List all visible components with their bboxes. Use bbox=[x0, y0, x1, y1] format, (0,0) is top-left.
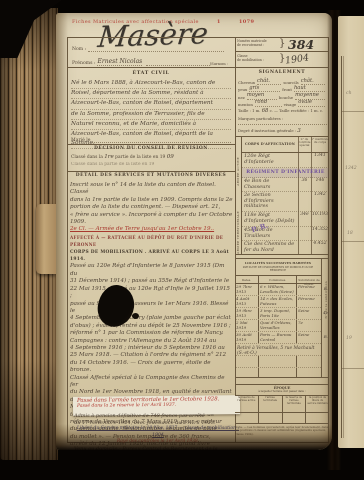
epoque-col-header: la position de libéré du service militai… bbox=[306, 396, 329, 412]
sig-label: visage bbox=[284, 102, 297, 107]
etat-civil-line: Roisel, département de la Somme, résidan… bbox=[71, 89, 231, 99]
epoque-subtitle: à laquelle l'homme doit passer dans : bbox=[235, 390, 329, 393]
localites-row-empty bbox=[235, 368, 321, 378]
localites-span-note: Retiré à Versailles, 5 rue Machault (S.-… bbox=[235, 344, 321, 356]
corps-unit: 118e Régt d'Infanterie (Dépôt) bbox=[242, 212, 298, 226]
page-tab bbox=[36, 204, 56, 274]
loc-commune: 6 r. Wilhem, Levallois (Seine) bbox=[259, 284, 297, 295]
section-rule bbox=[67, 171, 235, 172]
sig-value: rond bbox=[255, 100, 282, 106]
epoque-cell bbox=[306, 413, 329, 424]
epoque-header: ÉPOQUE à laquelle l'homme doit passer da… bbox=[235, 386, 329, 396]
corps-unit: 120e Régt d'Infanterie bbox=[242, 153, 298, 167]
sig-label: front bbox=[282, 87, 292, 92]
corps-rows: 120e Régt d'Infanterie 1341 RÉGIMENT D'I… bbox=[242, 153, 329, 255]
corps-num1: 34e bbox=[298, 212, 311, 226]
etat-civil-title: ÉTAT CIVIL bbox=[67, 70, 235, 76]
localites-header: LOCALITÉS SUCCESSIVES HABITÉES PAR SUITE… bbox=[235, 259, 321, 276]
marie-field: Marié le bbox=[71, 137, 231, 143]
epoque-col-header: la réserve de l'armée territoriale bbox=[283, 396, 307, 412]
localites-row: 30 Août 1919 Paris — Bureau Central Sein… bbox=[235, 332, 321, 344]
loc-commune: 14 r. des Écoles, Puteaux bbox=[259, 296, 297, 307]
signalement-title: SIGNALEMENT bbox=[235, 70, 329, 75]
marie-label: Marié le bbox=[71, 138, 90, 143]
etat-civil-line: de la Somme, profession de Terrassier, f… bbox=[71, 110, 231, 120]
localites-row: 2 Mai 1919 Quai d'Orléans, Versailles 7e bbox=[235, 320, 321, 332]
service-line: Campagnes : contre l'Allemagne du 2 Août… bbox=[70, 338, 233, 345]
service-line: 31 Décembre 1914) ; passé au 355e Régt d… bbox=[70, 278, 233, 285]
service-line: Classé Affecté spécial à la Compagnie de… bbox=[70, 375, 233, 390]
epoque-col-header: l'armée territoriale bbox=[259, 396, 283, 412]
domicile-lines: Venu au domicile : Bureau Central de Rec… bbox=[74, 446, 242, 450]
signalement-rows: Cheveux chât. sourcils chât. yeux gris f… bbox=[238, 78, 327, 107]
epoque-cell bbox=[283, 413, 307, 424]
taille-line: Taille : 1 m. 68 c. — Taille rectifiée :… bbox=[238, 108, 327, 114]
loc-subdiv: 7e bbox=[297, 320, 321, 331]
loc-date bbox=[235, 368, 259, 378]
signalement-row: menton rond visage ovale bbox=[238, 100, 327, 107]
raye-red-line: Rayé des contrôles le 1er Avril 1938. bbox=[74, 439, 242, 446]
degre-line: Degré d'instruction générale : 3 bbox=[238, 128, 327, 134]
loc-subdiv: Péronne bbox=[297, 284, 321, 295]
service-line: « frère au service ». Incorporé à compte… bbox=[70, 212, 233, 227]
corps-num1: 36 bbox=[298, 178, 311, 191]
decision-title: DÉCISION DU CONSEIL DE RÉVISION bbox=[67, 146, 235, 151]
armee-active-vertical-label: ARMÉE ACTIVE bbox=[236, 157, 240, 186]
localites-row: 19 9bre 1913 3 imp. Dupont, Paris 18e Se… bbox=[235, 308, 321, 320]
localites-row-empty bbox=[235, 356, 321, 368]
marques-label: Marques particulières : bbox=[238, 116, 327, 121]
libere-line: Libéré du Service militaire le 10 Nov. 1… bbox=[74, 426, 242, 439]
degre-label: Degré d'instruction générale : bbox=[238, 128, 296, 133]
services-block-1: Inscrit sous le n° 14 de la liste du can… bbox=[70, 182, 233, 226]
corps-title: CORPS D'AFFECTATION bbox=[242, 142, 298, 146]
service-line: réformé n° 1 par la Commission de réform… bbox=[70, 330, 233, 337]
localites-side-col: N° de la subdivision bbox=[321, 259, 329, 377]
sig-value: chât. bbox=[257, 79, 281, 85]
corps-row: 120e Régt d'Infanterie 1341 bbox=[242, 153, 329, 168]
decision-line1-b: partie de la liste en 19 bbox=[115, 155, 165, 160]
next-page-rule bbox=[342, 241, 364, 242]
localites-title-2: PAR SUITE DE CHANGEMENTS DE DOMICILE OU … bbox=[235, 266, 321, 272]
service-line: passé au 9e Bon de Chasseurs le 1er Mars… bbox=[70, 301, 233, 316]
corps-row: Cie des Chemins de fer du Nord 4.452 bbox=[242, 241, 329, 255]
loc-commune: Quai d'Orléans, Versailles bbox=[259, 320, 297, 331]
etat-civil-line: Né le 6 Mars 1888, à Aizecourt-le-Bas, c… bbox=[71, 79, 231, 89]
record-page: Fiches Matricules avec affectation spéci… bbox=[56, 13, 332, 450]
loc-side-mark: R. bbox=[324, 334, 328, 339]
ink-blot-dot bbox=[132, 313, 139, 319]
corps-num2: 14.352 bbox=[311, 227, 329, 240]
header-divider bbox=[67, 67, 329, 68]
loc-commune bbox=[259, 356, 297, 367]
next-page-sliver: ch 1342 18 19 bbox=[338, 16, 364, 448]
corps-num2: 10.193 bbox=[311, 212, 329, 226]
decision-line1-a: Classé dans la bbox=[71, 155, 103, 160]
localites-row: 29 7bre 1913 6 r. Wilhem, Levallois (Sei… bbox=[235, 284, 321, 296]
pension-lines: Admis à pension définitive de 748 francs… bbox=[74, 413, 242, 426]
loc-commune: 3 imp. Dupont, Paris 18e bbox=[259, 308, 297, 319]
col-communes: Communes. bbox=[259, 276, 297, 283]
decision-line-1: Classé dans la 1re partie de la liste en… bbox=[71, 154, 231, 160]
sig-label: menton bbox=[238, 102, 253, 107]
service-line: 22 Mai 1915 ; passé au 120e Rgt d'Infie … bbox=[70, 286, 233, 301]
services-red-caps-line: AFFECTÉ À — RATTACHÉ AU DÉPÔT DU RGT D'I… bbox=[70, 234, 233, 249]
service-line: 4 Septembre 1916 à Cléry (plaie jambe ga… bbox=[70, 315, 233, 322]
sig-label: yeux bbox=[238, 87, 247, 92]
service-line: Passé au 120e Régt d'Infanterie le 8 Jan… bbox=[70, 263, 233, 278]
next-page-scribble: ch bbox=[346, 91, 352, 96]
marques-dotted-line bbox=[238, 124, 327, 125]
service-line: d'obus) ; évacué, rentré au dépôt le 25 … bbox=[70, 323, 233, 330]
services-block-3: Campagnes : contre l'Allemagne du 2 Août… bbox=[70, 338, 233, 375]
next-page-rule bbox=[342, 368, 364, 369]
corps-num1-header: n° du contrôle spécial bbox=[298, 138, 311, 148]
service-line: Venu au domicile : Bureau Central de Rec… bbox=[74, 446, 242, 450]
sig-label: bouche bbox=[279, 95, 293, 100]
services-red-stamp-line: 2e Cl. — Armée de Terre jusqu'au 1er Oct… bbox=[70, 226, 233, 233]
epoque-empty-row bbox=[235, 413, 329, 424]
service-line: du 14 Octobre 1916. — Croix de guerre, é… bbox=[70, 360, 233, 375]
corps-unit: 2e Section d'Infirmiers militaires bbox=[242, 192, 298, 211]
sig-label: nez bbox=[238, 95, 245, 100]
next-page-scribble: 18 bbox=[347, 231, 353, 236]
corps-table-header: CORPS D'AFFECTATION n° du contrôle spéci… bbox=[242, 137, 329, 153]
localites-table: LOCALITÉS SUCCESSIVES HABITÉES PAR SUITE… bbox=[235, 258, 329, 378]
loc-side-mark: 4e bbox=[323, 310, 328, 315]
corps-num1 bbox=[298, 227, 311, 240]
epoque-cell bbox=[235, 413, 259, 424]
armee-territoriale-vertical-label: ARMÉE TERRITORIALE bbox=[236, 211, 240, 254]
loc-side-mark: R. bbox=[324, 286, 328, 291]
corps-num1 bbox=[298, 192, 311, 211]
regiment-infanterie-stamp: RÉGIMENT D'INFANTERIE bbox=[242, 168, 329, 178]
next-page-border-inner bbox=[343, 56, 344, 438]
etat-civil-line: Aizecourt-le-Bas, canton de Roisel, dépa… bbox=[71, 99, 231, 109]
localites-row: 4 Août 1913 14 r. des Écoles, Puteaux Pé… bbox=[235, 296, 321, 308]
localites-rows: 29 7bre 1913 6 r. Wilhem, Levallois (Sei… bbox=[235, 284, 321, 378]
services-block-2: Passé au 120e Régt d'Infanterie le 8 Jan… bbox=[70, 263, 233, 337]
marie-dotted-line bbox=[92, 137, 231, 143]
photographed-register-book: Fiches Matricules avec affectation spéci… bbox=[0, 0, 364, 480]
localites-title-1: LOCALITÉS SUCCESSIVES HABITÉES bbox=[235, 261, 321, 265]
services-end-text: Admis à pension définitive de 748 francs… bbox=[74, 413, 242, 450]
stamp-number: 1 bbox=[217, 19, 221, 25]
loc-date: 2 Mai 1919 bbox=[235, 320, 259, 331]
col-dates: Dates. bbox=[235, 276, 259, 283]
corps-num1 bbox=[298, 241, 311, 255]
army-side-strip: ARMÉE ACTIVE ARMÉE TERRITORIALE bbox=[235, 137, 242, 254]
services-title: DÉTAIL DES SERVICES ET MUTATIONS DIVERSE… bbox=[67, 173, 235, 178]
localites-col-headers: Dates. Communes. Subdivision de région. bbox=[235, 276, 321, 284]
taille-value: 68 bbox=[262, 108, 269, 114]
service-line: Admis à pension définitive de 748 francs… bbox=[74, 413, 242, 420]
corps-row: 2e Section d'Infirmiers militaires 1342 bbox=[242, 192, 329, 212]
decision-line1-year: 09 bbox=[167, 154, 174, 160]
next-page-border bbox=[341, 56, 342, 438]
corps-num1 bbox=[298, 153, 311, 167]
corps-num2: 146 bbox=[311, 178, 329, 191]
service-line: 25 Mars 1918. — Citation à l'ordre du ré… bbox=[70, 352, 233, 359]
col-subdivision: Subdivision de région. bbox=[297, 276, 321, 283]
loc-commune bbox=[259, 368, 297, 378]
slip-red-line-2: Passé dans la 2e réserve le 1er Avril 19… bbox=[77, 402, 236, 409]
epoque-columns: la réserve de l'armée activel'armée terr… bbox=[235, 396, 329, 413]
epoque-footnote: Nota. — Les hommes qui resteront, après … bbox=[235, 426, 329, 436]
section-rule bbox=[67, 144, 235, 145]
corps-unit: Cie des Chemins de fer du Nord bbox=[242, 241, 298, 255]
loc-date: 19 9bre 1913 bbox=[235, 308, 259, 319]
corps-num2: 4.452 bbox=[311, 241, 329, 255]
decision-line1-part: 1re bbox=[104, 154, 114, 160]
corps-num2: 1342 bbox=[311, 192, 329, 211]
degre-value: 3 bbox=[297, 128, 301, 134]
next-page-scribble: 19 bbox=[346, 336, 352, 341]
epoque-col-header: la réserve de l'armée active bbox=[235, 396, 259, 412]
loc-date: 30 Août 1919 bbox=[235, 332, 259, 343]
corps-affectation-table: ARMÉE ACTIVE ARMÉE TERRITORIALE CORPS D'… bbox=[235, 137, 329, 255]
stamp-year: 1079 bbox=[239, 19, 255, 25]
corps-num2-header: n° matricule du corps bbox=[311, 138, 329, 144]
loc-subdiv: Seine bbox=[297, 308, 321, 319]
sig-value: ovale bbox=[298, 100, 325, 106]
loc-commune: Paris — Bureau Central bbox=[259, 332, 297, 343]
loc-subdiv bbox=[297, 356, 321, 367]
decision-line-2: Classé dans la partie de la liste en 19 bbox=[71, 162, 231, 167]
taille-label: Taille : 1 m. bbox=[238, 108, 261, 113]
services-caps-line: CORPS DE MOBILISATION . ARRIVÉ AU CORPS … bbox=[70, 249, 233, 264]
etat-civil-line: Naturel reconnu, et de Marie, domiciliés… bbox=[71, 120, 231, 130]
service-line: portion de la liste du contingent. — Dis… bbox=[70, 204, 233, 211]
loc-date bbox=[235, 356, 259, 367]
loc-date: 4 Août 1913 bbox=[235, 296, 259, 307]
next-page-scribble: 1342 bbox=[345, 166, 357, 171]
corps-unit: 4e Bon de Chasseurs bbox=[242, 178, 298, 191]
epoque-cell bbox=[259, 413, 283, 424]
taille-rectifiee-label: c. — Taille rectifiée : 1 m. c. bbox=[270, 108, 324, 113]
service-line: Inscrit sous le n° 14 de la liste du can… bbox=[70, 182, 233, 197]
corps-row: 4e Bon de Chasseurs 36 146 bbox=[242, 178, 329, 192]
loc-subdiv bbox=[297, 368, 321, 378]
signalement-row: nez moyen bouche moyenne bbox=[238, 92, 327, 99]
corps-num2: 1341 bbox=[311, 153, 329, 167]
next-page-rule bbox=[342, 111, 364, 112]
epoque-table: ÉPOQUE à laquelle l'homme doit passer da… bbox=[235, 384, 329, 424]
footnote-line-2: les positions ci-dessus seront administr… bbox=[235, 429, 329, 436]
loc-subdiv: Péronne bbox=[297, 296, 321, 307]
loc-subdiv: Seine bbox=[297, 332, 321, 343]
loc-date: 29 7bre 1913 bbox=[235, 284, 259, 295]
